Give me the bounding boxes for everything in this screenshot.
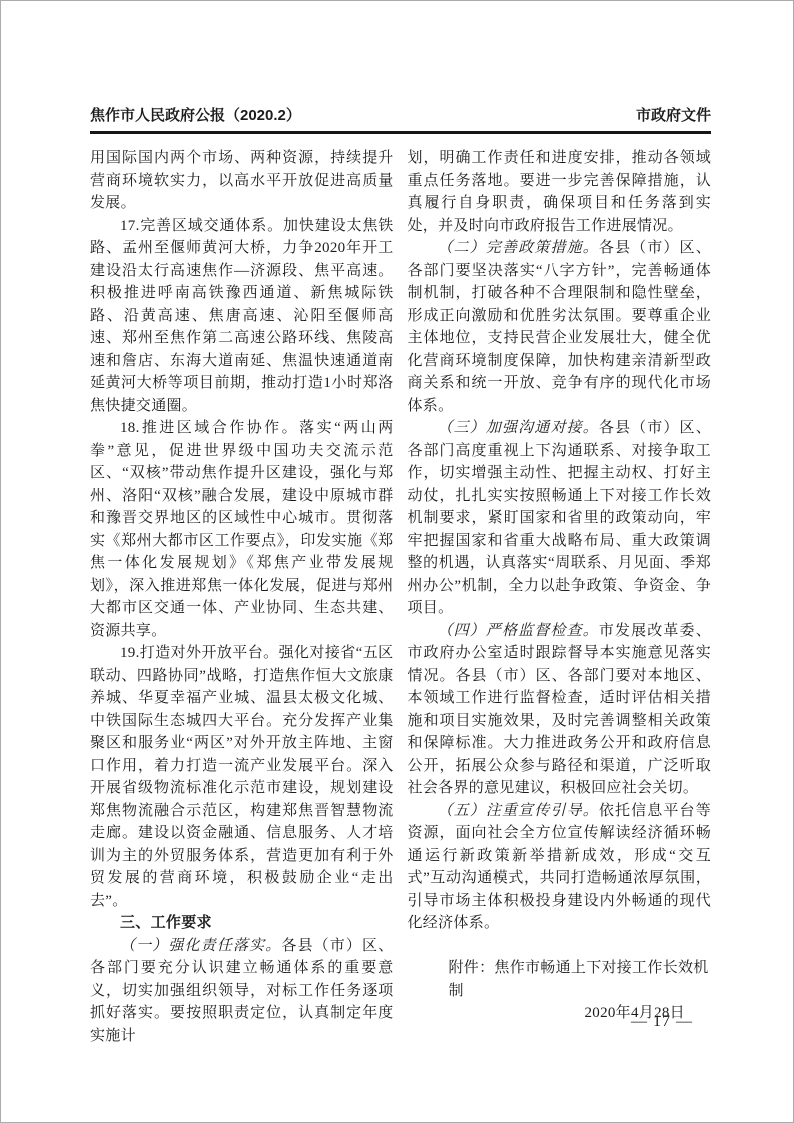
header-gazette-title: 焦作市人民政府公报（2020.2） [90, 107, 301, 125]
paragraph: 用国际国内两个市场、两种资源，持续提升营商环境软实力，以高水平开放促进高质量发展… [90, 147, 394, 215]
page-header: 焦作市人民政府公报（2020.2） 市政府文件 [90, 107, 711, 134]
document-body: 用国际国内两个市场、两种资源，持续提升营商环境软实力，以高水平开放促进高质量发展… [90, 147, 711, 1047]
item-heading: （三）加强沟通对接。 [438, 420, 599, 436]
paragraph: （四）严格监督检查。市发展改革委、市政府办公室适时跟踪督导本实施意见落实情况。各… [408, 620, 712, 800]
item-heading: （二）完善政策措施。 [438, 240, 599, 256]
header-section-label: 市政府文件 [636, 107, 711, 125]
attachment-title: 附件：焦作市畅通上下对接工作长效机制 [408, 957, 712, 1002]
paragraph: 划，明确工作责任和进度安排，推动各领域重点任务落地。要进一步完善保障措施，认真履… [408, 147, 712, 237]
section-heading: 三、工作要求 [90, 912, 394, 935]
paragraph: （一）强化责任落实。各县（市）区、各部门要充分认识建立畅通体系的重要意义，切实加… [90, 935, 394, 1048]
paragraph: （三）加强沟通对接。各县（市）区、各部门高度重视上下沟通联系、对接争取工作，切实… [408, 417, 712, 620]
paragraph: 17.完善区域交通体系。加快建设太焦铁路、孟州至偃师黄河大桥，力争2020年开工… [90, 215, 394, 418]
page-number: — 17 — [631, 1013, 693, 1031]
item-heading: （一）强化责任落实。 [120, 938, 281, 954]
item-heading: （四）严格监督检查。 [438, 623, 599, 639]
item-heading: （五）注重宣传引导。 [438, 803, 599, 819]
paragraph: 18.推进区域合作协作。落实“两山两拳”意见，促进世界级中国功夫交流示范区、“双… [90, 417, 394, 642]
paragraph: 19.打造对外开放平台。强化对接省“五区联动、四路协同”战略，打造焦作恒大文旅康… [90, 642, 394, 912]
paragraph: （五）注重宣传引导。依托信息平台等资源，面向社会全方位宣传解读经济循环畅通运行新… [408, 800, 712, 935]
left-column: 用国际国内两个市场、两种资源，持续提升营商环境软实力，以高水平开放促进高质量发展… [90, 147, 394, 1047]
document-page: 焦作市人民政府公报（2020.2） 市政府文件 用国际国内两个市场、两种资源，持… [0, 0, 794, 1123]
right-column: 划，明确工作责任和进度安排，推动各领域重点任务落地。要进一步完善保障措施，认真履… [408, 147, 712, 1047]
paragraph: （二）完善政策措施。各县（市）区、各部门要坚决落实“八字方针”，完善畅通体制机制… [408, 237, 712, 417]
